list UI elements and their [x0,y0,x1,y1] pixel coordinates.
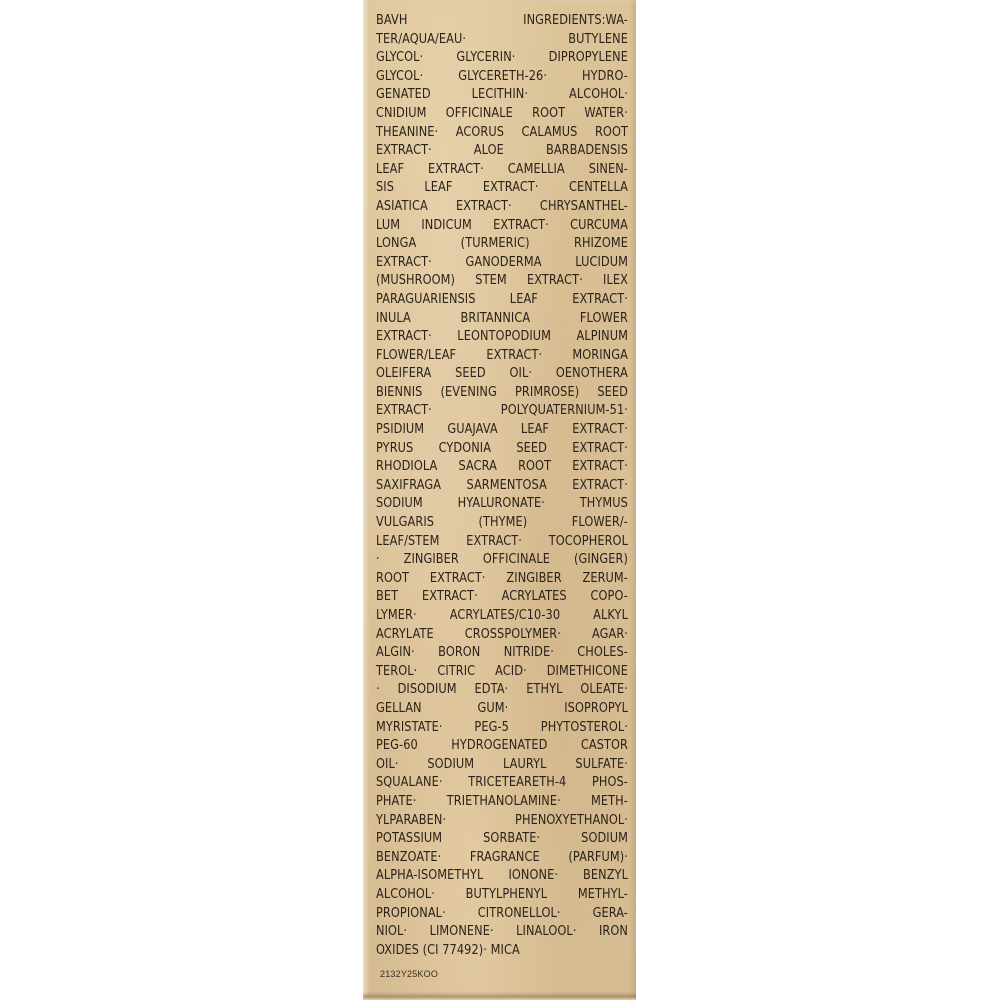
ingredient-line: SAXIFRAGA SARMENTOSA EXTRACT· [376,477,628,496]
ingredient-line: LYMER· ACRYLATES/C10-30 ALKYL [376,607,628,626]
ingredient-line: PROPIONAL· CITRONELLOL· GERA- [376,905,628,924]
ingredient-line: ALGIN· BORON NITRIDE· CHOLES- [376,644,628,663]
ingredient-line: LEAF EXTRACT· CAMELLIA SINEN- [376,161,628,180]
ingredient-line: · ZINGIBER OFFICINALE (GINGER) [376,551,628,570]
ingredient-line: EXTRACT· LEONTOPODIUM ALPINUM [376,328,628,347]
ingredient-line: GELLAN GUM· ISOPROPYL [376,700,628,719]
ingredient-line: GLYCOL· GLYCERETH-26· HYDRO- [376,68,628,87]
ingredients-label-panel: BAVH INGREDIENTS:WA-TER/AQUA/EAU· BUTYLE… [363,0,636,1000]
ingredient-line: YLPARABEN· PHENOXYETHANOL· [376,812,628,831]
ingredient-line: EXTRACT· ALOE BARBADENSIS [376,142,628,161]
ingredient-line: OLEIFERA SEED OIL· OENOTHERA [376,365,628,384]
ingredient-line: POTASSIUM SORBATE· SODIUM [376,830,628,849]
ingredient-line: LUM INDICUM EXTRACT· CURCUMA [376,217,628,236]
ingredient-line: SODIUM HYALURONATE· THYMUS [376,495,628,514]
ingredient-line: INULA BRITANNICA FLOWER [376,310,628,329]
ingredient-line: BAVH INGREDIENTS:WA- [376,12,628,31]
ingredient-line: GENATED LECITHIN· ALCOHOL· [376,86,628,105]
lot-code: 2132Y25KOO [380,969,438,979]
ingredient-line: PSIDIUM GUAJAVA LEAF EXTRACT· [376,421,628,440]
ingredient-line: NIOL· LIMONENE· LINALOOL· IRON [376,923,628,942]
ingredient-line: PEG-60 HYDROGENATED CASTOR [376,737,628,756]
ingredient-line: GLYCOL· GLYCERIN· DIPROPYLENE [376,49,628,68]
ingredient-line: OXIDES (CI 77492)· MICA [376,942,628,961]
ingredient-line: LONGA (TURMERIC) RHIZOME [376,235,628,254]
ingredient-line: THEANINE· ACORUS CALAMUS ROOT [376,124,628,143]
ingredient-line: TEROL· CITRIC ACID· DIMETHICONE [376,663,628,682]
ingredient-line: ASIATICA EXTRACT· CHRYSANTHEL- [376,198,628,217]
ingredient-line: EXTRACT· GANODERMA LUCIDUM [376,254,628,273]
ingredient-line: EXTRACT· POLYQUATERNIUM-51· [376,402,628,421]
ingredient-line: FLOWER/LEAF EXTRACT· MORINGA [376,347,628,366]
ingredient-line: TER/AQUA/EAU· BUTYLENE [376,31,628,50]
ingredient-line: LEAF/STEM EXTRACT· TOCOPHEROL [376,533,628,552]
ingredient-line: PYRUS CYDONIA SEED EXTRACT· [376,440,628,459]
ingredient-line: BENZOATE· FRAGRANCE (PARFUM)· [376,849,628,868]
ingredient-line: VULGARIS (THYME) FLOWER/- [376,514,628,533]
ingredient-line: BET EXTRACT· ACRYLATES COPO- [376,588,628,607]
ingredient-line: MYRISTATE· PEG-5 PHYTOSTEROL· [376,719,628,738]
ingredient-line: ALCOHOL· BUTYLPHENYL METHYL- [376,886,628,905]
ingredient-line: CNIDIUM OFFICINALE ROOT WATER· [376,105,628,124]
ingredient-line: PHATE· TRIETHANOLAMINE· METH- [376,793,628,812]
ingredient-line: ACRYLATE CROSSPOLYMER· AGAR· [376,626,628,645]
ingredient-line: PARAGUARIENSIS LEAF EXTRACT· [376,291,628,310]
ingredient-line: BIENNIS (EVENING PRIMROSE) SEED [376,384,628,403]
ingredient-line: ALPHA-ISOMETHYL IONONE· BENZYL [376,867,628,886]
ingredient-line: · DISODIUM EDTA· ETHYL OLEATE· [376,681,628,700]
ingredient-line: SQUALANE· TRICETEARETH-4 PHOS- [376,774,628,793]
ingredient-line: SIS LEAF EXTRACT· CENTELLA [376,179,628,198]
ingredient-line: RHODIOLA SACRA ROOT EXTRACT· [376,458,628,477]
ingredient-line: OIL· SODIUM LAURYL SULFATE· [376,756,628,775]
ingredient-line: (MUSHROOM) STEM EXTRACT· ILEX [376,272,628,291]
ingredient-line: ROOT EXTRACT· ZINGIBER ZERUM- [376,570,628,589]
ingredients-list: BAVH INGREDIENTS:WA-TER/AQUA/EAU· BUTYLE… [376,12,593,960]
